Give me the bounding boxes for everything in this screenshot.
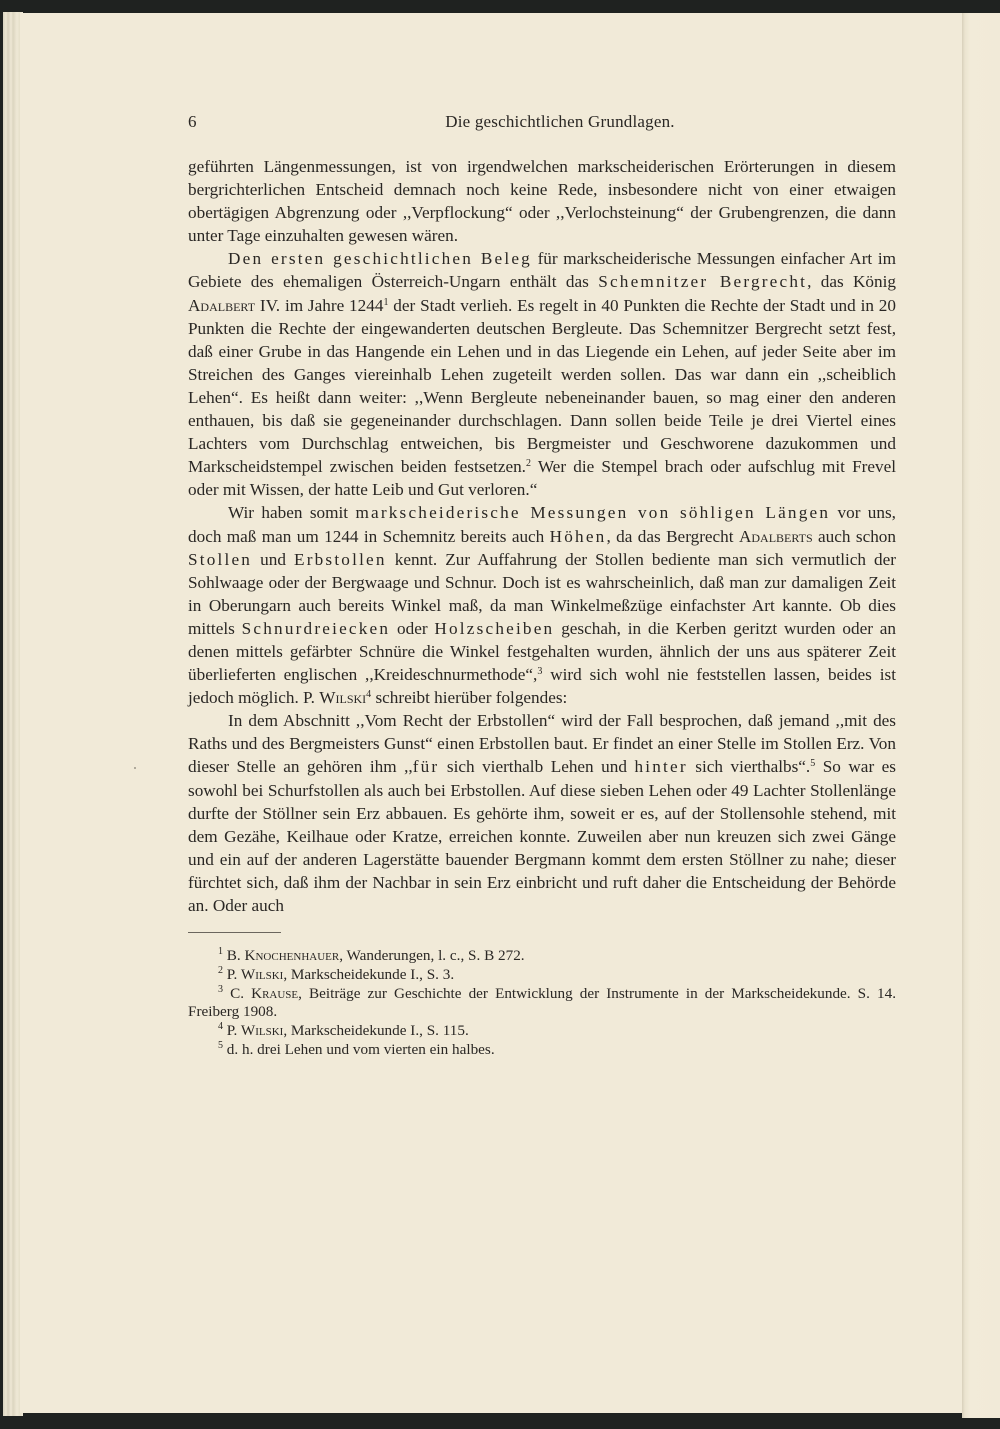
- footnote-number: 2: [218, 965, 223, 976]
- footnote-text: , Wanderungen, l. c., S. B 272.: [339, 947, 524, 964]
- footnote-1: 1 B. Knochenhauer, Wanderungen, l. c., S…: [188, 947, 896, 966]
- name-small-caps: Adalbert: [188, 296, 255, 315]
- text-run: schreibt hierüber folgendes:: [371, 688, 567, 707]
- footnotes: 1 B. Knochenhauer, Wanderungen, l. c., S…: [188, 947, 896, 1060]
- emphasis-spaced: Holzscheiben: [434, 619, 554, 638]
- footnote-4: 4 P. Wilski, Markscheidekunde I., S. 115…: [188, 1022, 896, 1041]
- footnote-text: , Markscheidekunde I., S. 115.: [283, 1022, 468, 1039]
- paragraph-text: geführten Längenmessungen, ist von irgen…: [188, 157, 896, 245]
- emphasis-spaced: Schnurdreiecken: [242, 619, 391, 638]
- text-run: oder: [390, 619, 434, 638]
- emphasis-spaced: Erbstollen: [294, 550, 387, 569]
- text-run: auch schon: [813, 527, 896, 546]
- text-run: sich vierthalbs“.: [688, 757, 810, 776]
- scan-speck: [134, 767, 136, 769]
- paragraph-2: Den ersten geschichtlichen Beleg für mar…: [188, 247, 896, 501]
- text-run: , das König: [807, 272, 896, 291]
- paragraph-1: geführten Längenmessungen, ist von irgen…: [188, 155, 896, 247]
- footnote-author: P. Wilski: [227, 1022, 284, 1039]
- text-run: der Stadt verlieh. Es regelt in 40 Punkt…: [188, 296, 896, 477]
- footnote-3: 3 C. Krause, Beiträge zur Geschichte der…: [188, 985, 896, 1023]
- page-gutter-right: [962, 13, 1000, 1418]
- emphasis-spaced: Schemnitzer Bergrecht: [598, 272, 807, 291]
- page-header: 6 Die geschichtlichen Grundlagen.: [188, 112, 896, 140]
- text-run: , da das Bergrecht: [606, 527, 738, 546]
- emphasis-spaced: für: [413, 757, 440, 776]
- paragraph-4: In dem Abschnitt ,,Vom Recht der Erbstol…: [188, 709, 896, 917]
- footnote-author: B. Knochenhauer: [227, 947, 339, 964]
- page-content: 6 Die geschichtlichen Grundlagen. geführ…: [188, 112, 896, 1060]
- name-small-caps: Adalberts: [739, 527, 813, 546]
- footnote-2: 2 P. Wilski, Markscheidekunde I., S. 3.: [188, 966, 896, 985]
- body-text: geführten Längenmessungen, ist von irgen…: [188, 155, 896, 917]
- emphasis-spaced: Stollen: [188, 550, 252, 569]
- footnote-number: 4: [218, 1021, 223, 1032]
- footnote-number: 5: [218, 1040, 223, 1051]
- paragraph-3: Wir haben somit markscheiderische Messun…: [188, 501, 896, 709]
- text-run: sich vierthalb Lehen und: [439, 757, 634, 776]
- name-small-caps: Wilski: [319, 688, 366, 707]
- footnote-author: C. Krause: [230, 985, 298, 1002]
- text-run: So war es sowohl bei Schurfstollen als a…: [188, 757, 896, 915]
- footnote-text: , Markscheidekunde I., S. 3.: [283, 966, 454, 983]
- footnote-number: 3: [218, 984, 223, 995]
- emphasis-spaced: hinter: [634, 757, 687, 776]
- running-head: Die geschichtlichen Grundlagen.: [188, 112, 896, 132]
- emphasis-spaced: markscheiderische Messungen von söhligen…: [355, 503, 830, 522]
- footnote-divider: [188, 932, 281, 933]
- text-run: Wir haben somit: [228, 503, 355, 522]
- footnote-author: P. Wilski: [227, 966, 284, 983]
- scanned-book-page: 6 Die geschichtlichen Grundlagen. geführ…: [0, 0, 1000, 1429]
- emphasis-spaced: Höhen: [550, 527, 607, 546]
- footnote-text: d. h. drei Lehen und vom vierten ein hal…: [227, 1041, 495, 1058]
- footnote-5: 5 d. h. drei Lehen und vom vierten ein h…: [188, 1041, 896, 1060]
- text-run: IV. im Jahre 1244: [255, 296, 383, 315]
- text-run: und: [252, 550, 294, 569]
- emphasis-spaced: Den ersten geschichtlichen Beleg: [228, 249, 532, 268]
- footnote-number: 1: [218, 946, 223, 957]
